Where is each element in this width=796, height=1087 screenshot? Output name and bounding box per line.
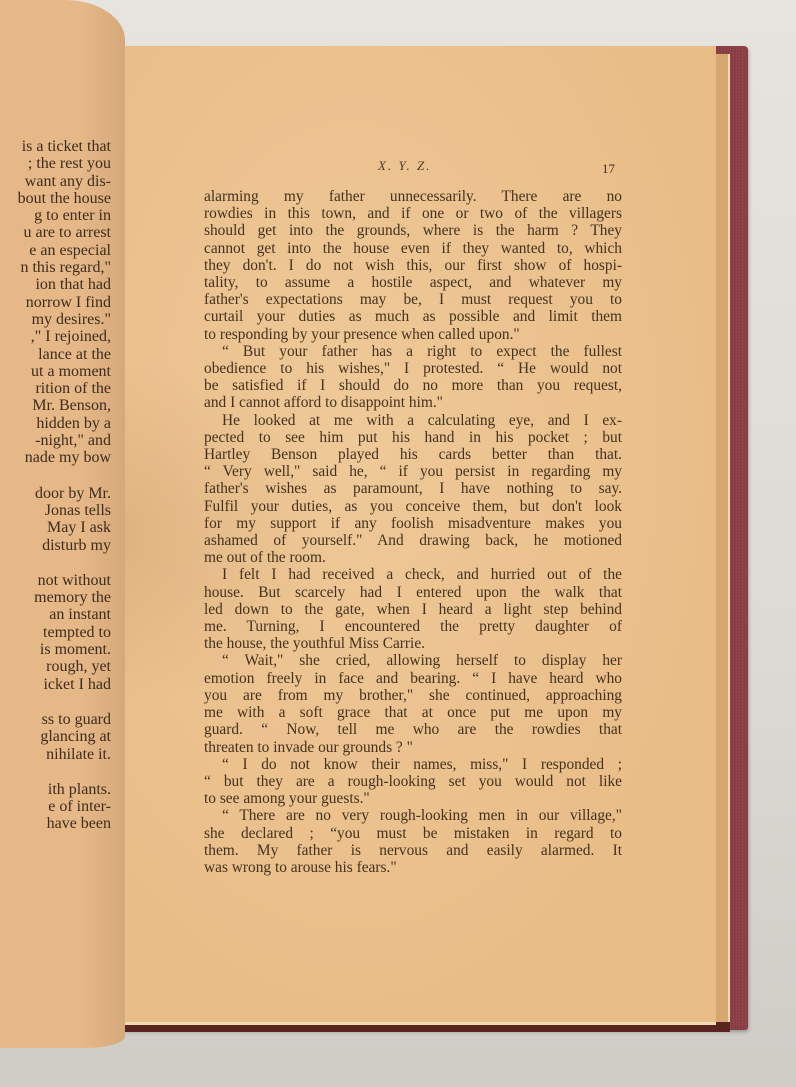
paragraph-gap	[18, 467, 111, 485]
text-fragment: g to enter in	[18, 207, 111, 224]
text-line: the house, the youthful Miss Carrie.	[204, 635, 622, 652]
text-fragment: bout the house	[18, 190, 111, 207]
text-fragment: ; the rest you	[18, 155, 111, 172]
text-fragment: have been	[18, 815, 111, 832]
text-line: pected to see him put his hand in his po…	[204, 429, 622, 446]
text-fragment: -night," and	[18, 432, 111, 449]
text-line: “ There are no very rough-looking men in…	[204, 807, 622, 824]
text-line: to responding by your presence when call…	[204, 326, 622, 343]
text-line: curtail your duties as much as possible …	[204, 308, 622, 325]
text-line: me with a soft grace that at once put me…	[204, 704, 622, 721]
text-fragment: nade my bow	[18, 449, 111, 466]
page-number: 17	[602, 161, 615, 177]
page-body-text: alarming my father unnecessarily. There …	[204, 188, 622, 876]
text-line: house. But scarcely had I entered upon t…	[204, 584, 622, 601]
text-line: to see among your guests."	[204, 790, 622, 807]
left-page: is a ticket that; the rest youwant any d…	[0, 0, 125, 1048]
text-line: tality, to assume a hostile aspect, and …	[204, 274, 622, 291]
paragraph-gap	[18, 693, 111, 711]
text-fragment: is a ticket that	[18, 138, 111, 155]
text-line: rowdies in this town, and if one or two …	[204, 205, 622, 222]
text-fragment: ut a moment	[18, 363, 111, 380]
text-fragment: hidden by a	[18, 415, 111, 432]
text-fragment: e of inter-	[18, 798, 111, 815]
text-fragment: rition of the	[18, 380, 111, 397]
text-fragment: nihilate it.	[18, 746, 111, 763]
text-fragment: n this regard,"	[18, 259, 111, 276]
text-fragment: is moment.	[18, 641, 111, 658]
text-fragment: ss to guard	[18, 711, 111, 728]
text-line: she declared ; “you must be mistaken in …	[204, 825, 622, 842]
text-fragment: norrow I find	[18, 294, 111, 311]
text-line: cannot get into the house even if they w…	[204, 240, 622, 257]
text-line: them. My father is nervous and easily al…	[204, 842, 622, 859]
text-fragment: an instant	[18, 606, 111, 623]
text-line: for my support if any foolish misadventu…	[204, 515, 622, 532]
text-line: threaten to invade our grounds ? "	[204, 739, 622, 756]
paragraph-gap	[18, 554, 111, 572]
text-line: I felt I had received a check, and hurri…	[204, 566, 622, 583]
text-line: obedience to his wishes," I protested. “…	[204, 360, 622, 377]
text-fragment: u are to arrest	[18, 224, 111, 241]
text-fragment: disturb my	[18, 537, 111, 554]
text-line: they don't. I do not wish this, our firs…	[204, 257, 622, 274]
text-fragment: memory the	[18, 589, 111, 606]
text-line: “ but they are a rough-looking set you w…	[204, 773, 622, 790]
text-line: was wrong to arouse his fears."	[204, 859, 622, 876]
text-line: me out of the room.	[204, 549, 622, 566]
text-fragment: rough, yet	[18, 658, 111, 675]
text-line: ashamed of yourself." And drawing back, …	[204, 532, 622, 549]
text-fragment: ion that had	[18, 276, 111, 293]
text-line: “ But your father has a right to expect …	[204, 343, 622, 360]
text-fragment: lance at the	[18, 346, 111, 363]
text-fragment: ," I rejoined,	[18, 328, 111, 345]
text-line: you are from my brother," she continued,…	[204, 687, 622, 704]
text-fragment: not without	[18, 572, 111, 589]
text-fragment: Mr. Benson,	[18, 397, 111, 414]
text-line: He looked at me with a calculating eye, …	[204, 412, 622, 429]
text-line: “ Very well," said he, “ if you persist …	[204, 463, 622, 480]
text-line: “ Wait," she cried, allowing herself to …	[204, 652, 622, 669]
text-line: “ I do not know their names, miss," I re…	[204, 756, 622, 773]
text-line: father's wishes as paramount, I have not…	[204, 480, 622, 497]
text-line: be satisfied if I should do no more than…	[204, 377, 622, 394]
text-line: Hartley Benson played his cards better t…	[204, 446, 622, 463]
text-line: guard. “ Now, tell me who are the rowdie…	[204, 721, 622, 738]
left-page-text-fragments: is a ticket that; the rest youwant any d…	[18, 138, 111, 833]
text-fragment: want any dis-	[18, 173, 111, 190]
text-line: father's expectations may be, I must req…	[204, 291, 622, 308]
text-fragment: my desires."	[18, 311, 111, 328]
paragraph-gap	[18, 763, 111, 781]
text-fragment: e an especial	[18, 242, 111, 259]
text-line: Fulfil your duties, as you conceive them…	[204, 498, 622, 515]
text-fragment: icket I had	[18, 676, 111, 693]
text-fragment: Jonas tells	[18, 502, 111, 519]
text-fragment: ith plants.	[18, 781, 111, 798]
text-fragment: door by Mr.	[18, 485, 111, 502]
text-line: alarming my father unnecessarily. There …	[204, 188, 622, 205]
text-line: should get into the grounds, where is th…	[204, 222, 622, 239]
text-line: emotion freely in face and bearing. “ I …	[204, 670, 622, 687]
text-fragment: glancing at	[18, 728, 111, 745]
running-head: X. Y. Z.	[378, 158, 431, 174]
text-line: led down to the gate, when I heard a lig…	[204, 601, 622, 618]
text-fragment: tempted to	[18, 624, 111, 641]
text-line: and I cannot afford to disappoint him."	[204, 394, 622, 411]
text-fragment: May I ask	[18, 519, 111, 536]
text-line: me. Turning, I encountered the pretty da…	[204, 618, 622, 635]
